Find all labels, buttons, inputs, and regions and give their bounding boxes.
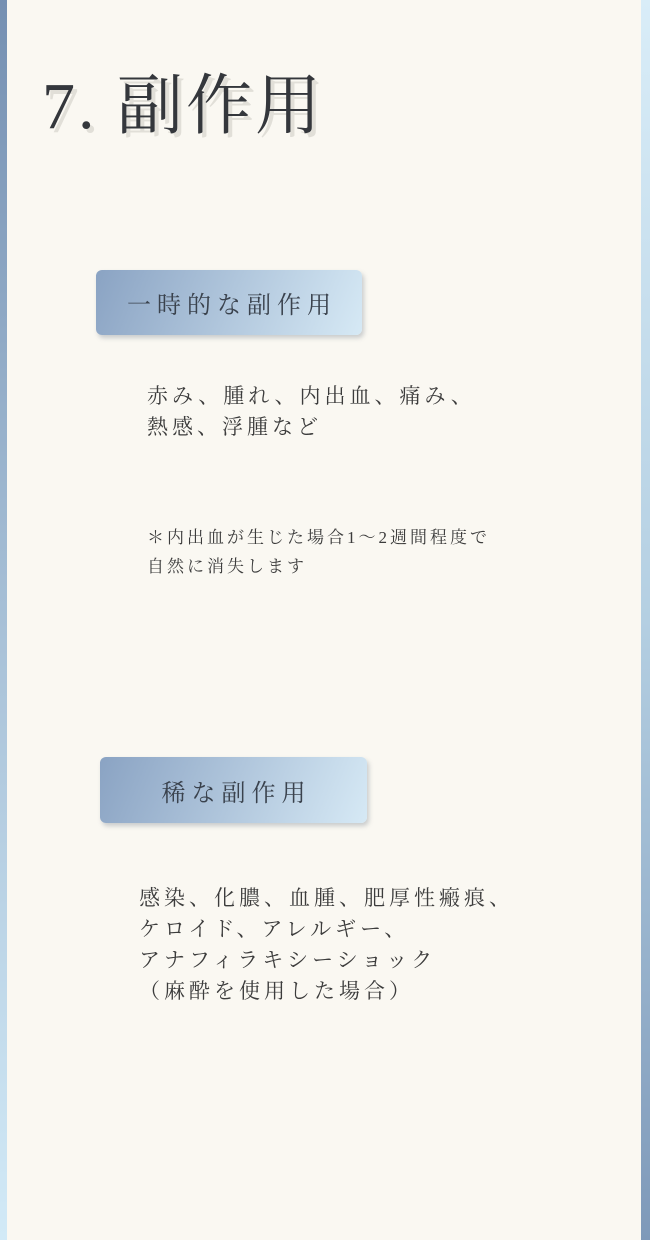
temporary-side-effects-heading-badge: 一時的な副作用 [96, 270, 362, 335]
note-text-line: 自然に消失します [147, 552, 490, 581]
body-text-line: （麻酔を使用した場合） [139, 976, 514, 1007]
note-text-line: ＊内出血が生じた場合1～2週間程度で [147, 523, 490, 552]
body-text-line: 熱感、浮腫など [147, 412, 476, 443]
page: 7. 副作用 一時的な副作用 赤み、腫れ、内出血、痛み、 熱感、浮腫など ＊内出… [0, 0, 650, 1240]
temporary-side-effects-heading-label: 一時的な副作用 [121, 285, 337, 320]
left-edge-gradient-bar [0, 0, 7, 1240]
rare-side-effects-heading-label: 稀な副作用 [156, 773, 312, 808]
body-text-line: ケロイド、アレルギー、 [139, 914, 514, 945]
right-edge-gradient-bar [641, 0, 650, 1240]
page-title: 7. 副作用 [42, 62, 324, 151]
body-text-line: 感染、化膿、血腫、肥厚性瘢痕、 [139, 883, 514, 914]
rare-side-effects-list: 感染、化膿、血腫、肥厚性瘢痕、 ケロイド、アレルギー、 アナフィラキシーショック… [139, 883, 514, 1007]
body-text-line: アナフィラキシーショック [139, 945, 514, 976]
temporary-side-effects-list: 赤み、腫れ、内出血、痛み、 熱感、浮腫など [147, 381, 476, 443]
rare-side-effects-heading-badge: 稀な副作用 [100, 757, 367, 823]
bruise-duration-note: ＊内出血が生じた場合1～2週間程度で 自然に消失します [147, 523, 490, 581]
body-text-line: 赤み、腫れ、内出血、痛み、 [147, 381, 476, 412]
